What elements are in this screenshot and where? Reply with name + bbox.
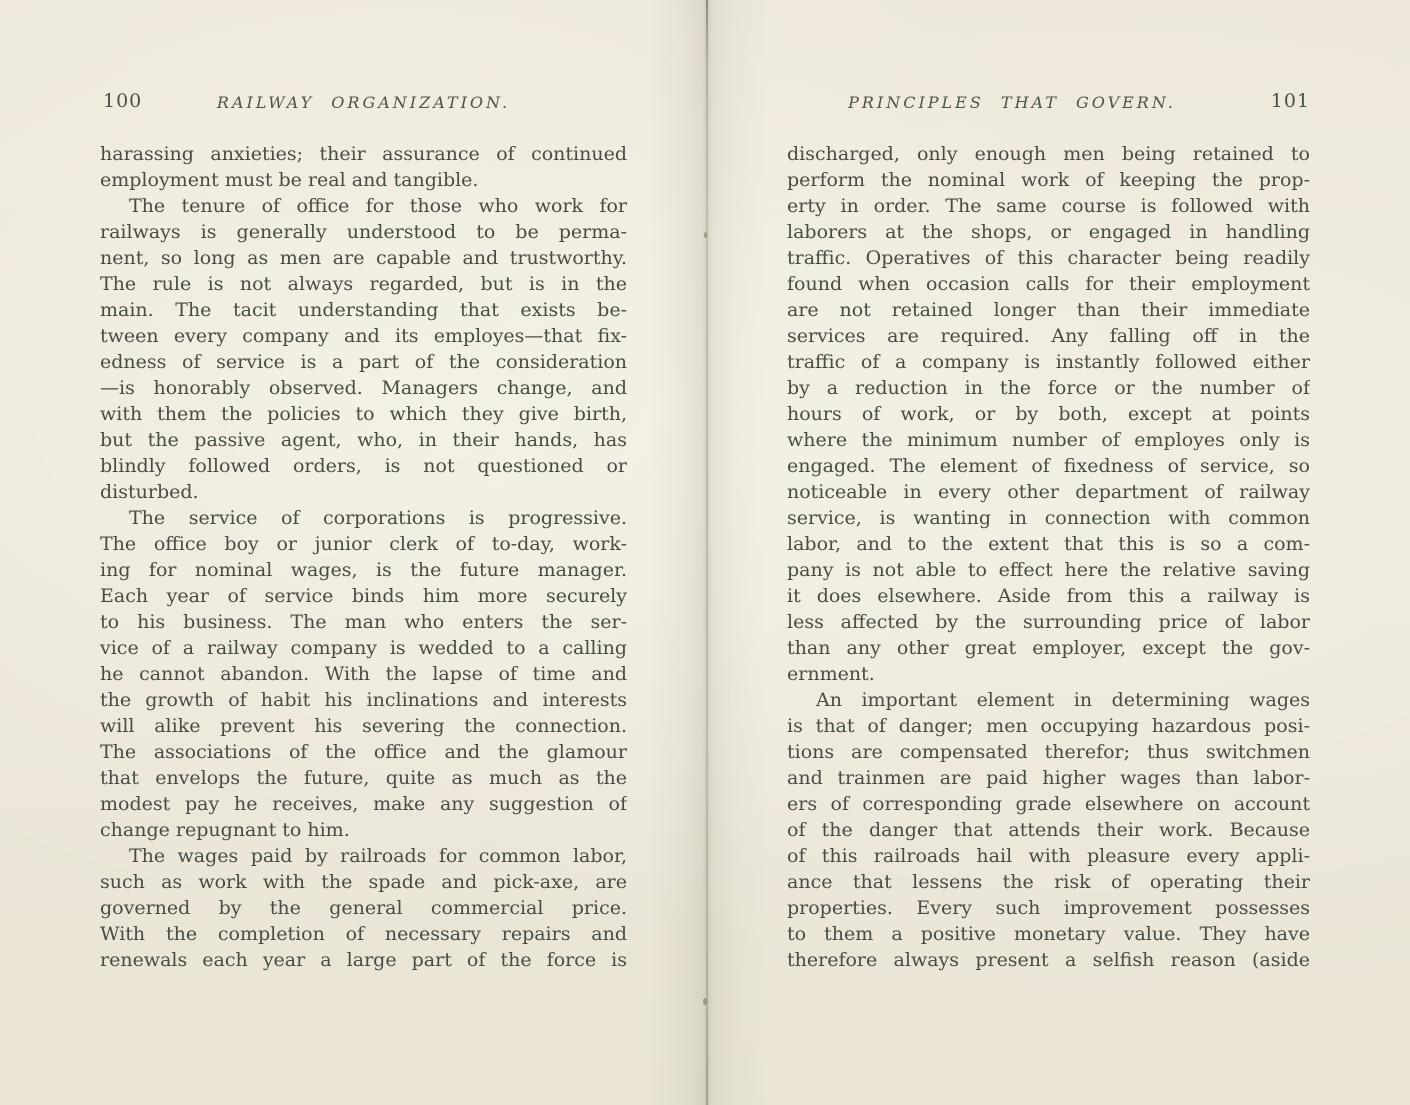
text-line: services are required. Any falling off i… bbox=[787, 323, 1310, 349]
text-line: to them a positive monetary value. They … bbox=[787, 921, 1310, 947]
book-spread: 100 RAILWAY ORGANIZATION. harassing anxi… bbox=[0, 0, 1410, 1105]
book-gutter-crease bbox=[706, 0, 708, 1105]
text-line: with them the policies to which they giv… bbox=[100, 401, 627, 427]
running-head-left: RAILWAY ORGANIZATION. bbox=[100, 93, 627, 112]
text-line: but the passive agent, who, in their han… bbox=[100, 427, 627, 453]
text-line: ers of corresponding grade elsewhere on … bbox=[787, 791, 1310, 817]
text-line: erty in order. The same course is follow… bbox=[787, 193, 1310, 219]
text-line: he cannot abandon. With the lapse of tim… bbox=[100, 661, 627, 687]
page-number-right: 101 bbox=[787, 90, 1310, 112]
text-line: vice of a railway company is wedded to a… bbox=[100, 635, 627, 661]
text-line: of the danger that attends their work. B… bbox=[787, 817, 1310, 843]
text-line: ance that lessens the risk of operating … bbox=[787, 869, 1310, 895]
text-line: Each year of service binds him more secu… bbox=[100, 583, 627, 609]
text-line: is that of danger; men occupying hazardo… bbox=[787, 713, 1310, 739]
text-line: the growth of habit his inclinations and… bbox=[100, 687, 627, 713]
text-line: discharged, only enough men being retain… bbox=[787, 141, 1310, 167]
text-line: where the minimum number of employes onl… bbox=[787, 427, 1310, 453]
text-line: traffic of a company is instantly follow… bbox=[787, 349, 1310, 375]
text-line: The service of corporations is progressi… bbox=[100, 505, 627, 531]
text-line: will alike prevent his severing the conn… bbox=[100, 713, 627, 739]
text-line: The associations of the office and the g… bbox=[100, 739, 627, 765]
text-line: ing for nominal wages, is the future man… bbox=[100, 557, 627, 583]
text-line: nent, so long as men are capable and tru… bbox=[100, 245, 627, 271]
text-line: With the completion of necessary repairs… bbox=[100, 921, 627, 947]
text-line: modest pay he receives, make any suggest… bbox=[100, 791, 627, 817]
text-line: governed by the general commercial price… bbox=[100, 895, 627, 921]
text-line: renewals each year a large part of the f… bbox=[100, 947, 627, 973]
text-line: it does elsewhere. Aside from this a rai… bbox=[787, 583, 1310, 609]
paper-speck bbox=[704, 232, 707, 238]
text-line: less affected by the surrounding price o… bbox=[787, 609, 1310, 635]
text-line: harassing anxieties; their assurance of … bbox=[100, 141, 627, 167]
text-line: service, is wanting in connection with c… bbox=[787, 505, 1310, 531]
text-line: properties. Every such improvement posse… bbox=[787, 895, 1310, 921]
text-line: to his business. The man who enters the … bbox=[100, 609, 627, 635]
text-line: blindly followed orders, is not question… bbox=[100, 453, 627, 479]
text-line: ernment. bbox=[787, 661, 1310, 687]
text-line: tween every company and its employes—tha… bbox=[100, 323, 627, 349]
text-line: tions are compensated therefor; thus swi… bbox=[787, 739, 1310, 765]
text-line: therefore always present a selfish reaso… bbox=[787, 947, 1310, 973]
text-line: that envelops the future, quite as much … bbox=[100, 765, 627, 791]
text-line: of this railroads hail with pleasure eve… bbox=[787, 843, 1310, 869]
text-line: pany is not able to effect here the rela… bbox=[787, 557, 1310, 583]
text-line: found when occasion calls for their empl… bbox=[787, 271, 1310, 297]
text-line: by a reduction in the force or the numbe… bbox=[787, 375, 1310, 401]
text-line: The office boy or junior clerk of to-day… bbox=[100, 531, 627, 557]
text-line: such as work with the spade and pick-axe… bbox=[100, 869, 627, 895]
text-line: are not retained longer than their immed… bbox=[787, 297, 1310, 323]
text-line: labor, and to the extent that this is so… bbox=[787, 531, 1310, 557]
text-line: and trainmen are paid higher wages than … bbox=[787, 765, 1310, 791]
text-line: The rule is not always regarded, but is … bbox=[100, 271, 627, 297]
text-line: —is honorably observed. Managers change,… bbox=[100, 375, 627, 401]
text-line: laborers at the shops, or engaged in han… bbox=[787, 219, 1310, 245]
text-line: main. The tacit understanding that exist… bbox=[100, 297, 627, 323]
text-line: disturbed. bbox=[100, 479, 627, 505]
text-line: than any other great employer, except th… bbox=[787, 635, 1310, 661]
text-line: employment must be real and tangible. bbox=[100, 167, 627, 193]
text-line: traffic. Operatives of this character be… bbox=[787, 245, 1310, 271]
text-line: railways is generally understood to be p… bbox=[100, 219, 627, 245]
text-line: The tenure of office for those who work … bbox=[100, 193, 627, 219]
page-body-left: harassing anxieties; their assurance of … bbox=[100, 141, 627, 973]
text-line: An important element in determining wage… bbox=[787, 687, 1310, 713]
paper-speck bbox=[703, 998, 707, 1005]
text-line: engaged. The element of fixedness of ser… bbox=[787, 453, 1310, 479]
text-line: noticeable in every other department of … bbox=[787, 479, 1310, 505]
text-line: The wages paid by railroads for common l… bbox=[100, 843, 627, 869]
page-body-right: discharged, only enough men being retain… bbox=[787, 141, 1310, 973]
text-line: hours of work, or by both, except at poi… bbox=[787, 401, 1310, 427]
text-line: edness of service is a part of the consi… bbox=[100, 349, 627, 375]
text-line: change repugnant to him. bbox=[100, 817, 627, 843]
text-line: perform the nominal work of keeping the … bbox=[787, 167, 1310, 193]
